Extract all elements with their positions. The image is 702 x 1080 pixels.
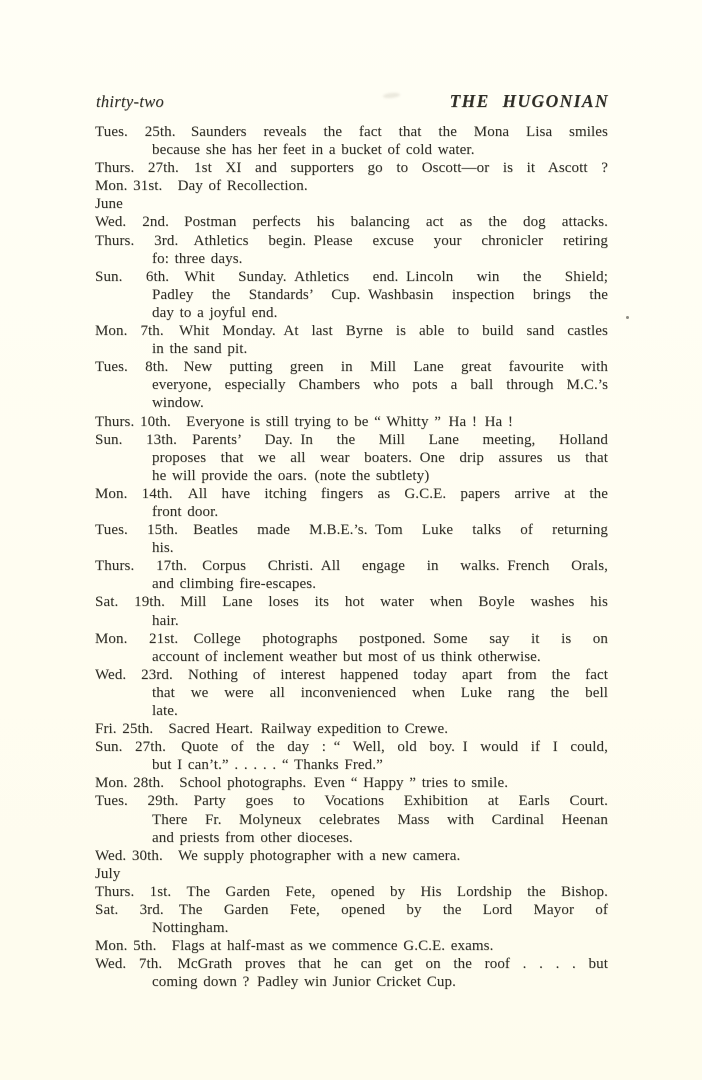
diary-entry: Thurs. 3rd. Athletics begin. Please excu…	[95, 232, 608, 268]
diary-line: Mon. 28th. School photographs. Even “ Ha…	[95, 774, 608, 792]
diary-line: fo: three days.	[95, 250, 608, 268]
diary-line: Tues. 15th. Beatles made M.B.E.’s. Tom L…	[95, 521, 608, 539]
diary-line: Wed. 2nd. Postman perfects his balancing…	[95, 213, 608, 231]
diary-entry: Mon. 21st. College photographs postponed…	[95, 630, 608, 666]
diary-entry: Thurs. 27th. 1st XI and supporters go to…	[95, 159, 608, 177]
diary-line: late.	[95, 702, 608, 720]
diary-line: Wed. 7th. McGrath proves that he can get…	[95, 955, 608, 973]
diary-line: There Fr. Molyneux celebrates Mass with …	[95, 811, 608, 829]
diary-line: June	[95, 195, 608, 213]
diary-entry: Sat. 3rd. The Garden Fete, opened by the…	[95, 901, 608, 937]
diary-line: he will provide the oars. (note the subt…	[95, 467, 608, 485]
diary-line: Sun. 6th. Whit Sunday. Athletics end. Li…	[95, 268, 608, 286]
diary-entry: Fri. 25th. Sacred Heart. Railway expedit…	[95, 720, 608, 738]
diary-entry: Mon. 7th. Whit Monday. At last Byrne is …	[95, 322, 608, 358]
diary-line: July	[95, 865, 608, 883]
diary-line: Wed. 23rd. Nothing of interest happened …	[95, 666, 608, 684]
diary-line: Tues. 8th. New putting green in Mill Lan…	[95, 358, 608, 376]
diary-entry: Mon. 14th. All have itching fingers as G…	[95, 485, 608, 521]
diary-line: Tues. 29th. Party goes to Vocations Exhi…	[95, 792, 608, 810]
diary-entry: Wed. 2nd. Postman perfects his balancing…	[95, 213, 608, 231]
diary-line: Thurs. 1st. The Garden Fete, opened by H…	[95, 883, 608, 901]
month-heading: July	[95, 865, 608, 883]
diary-line: Thurs. 27th. 1st XI and supporters go to…	[95, 159, 608, 177]
diary-line: Sat. 19th. Mill Lane loses its hot water…	[95, 593, 608, 611]
diary-line: coming down ? Padley win Junior Cricket …	[95, 973, 608, 991]
diary-entry: Mon. 28th. School photographs. Even “ Ha…	[95, 774, 608, 792]
diary-entry: Tues. 25th. Saunders reveals the fact th…	[95, 123, 608, 159]
diary-line: that we were all inconvenienced when Luk…	[95, 684, 608, 702]
diary-line: Sun. 27th. Quote of the day : “ Well, ol…	[95, 738, 608, 756]
magazine-page: thirty-two THE HUGONIAN Tues. 25th. Saun…	[0, 0, 702, 1080]
diary-line: Thurs. 10th. Everyone is still trying to…	[95, 413, 608, 431]
diary-line: Sat. 3rd. The Garden Fete, opened by the…	[95, 901, 608, 919]
diary-entry: Sun. 6th. Whit Sunday. Athletics end. Li…	[95, 268, 608, 322]
diary-line: Thurs. 17th. Corpus Christi. All engage …	[95, 557, 608, 575]
diary-line: front door.	[95, 503, 608, 521]
diary-line: in the sand pit.	[95, 340, 608, 358]
diary-line: Mon. 21st. College photographs postponed…	[95, 630, 608, 648]
diary-entry: Wed. 23rd. Nothing of interest happened …	[95, 666, 608, 720]
diary-line: hair.	[95, 612, 608, 630]
diary-line: but I can’t.” . . . . . “ Thanks Fred.”	[95, 756, 608, 774]
diary-entry: Mon. 31st. Day of Recollection.	[95, 177, 608, 195]
diary-line: and climbing fire-escapes.	[95, 575, 608, 593]
diary-entry: Thurs. 10th. Everyone is still trying to…	[95, 413, 608, 431]
diary-entry: Thurs. 17th. Corpus Christi. All engage …	[95, 557, 608, 593]
diary-entry: Tues. 8th. New putting green in Mill Lan…	[95, 358, 608, 412]
diary-entry: Sat. 19th. Mill Lane loses its hot water…	[95, 593, 608, 629]
diary-line: proposes that we all wear boaters. One d…	[95, 449, 608, 467]
diary-entry: Mon. 5th. Flags at half-mast as we comme…	[95, 937, 608, 955]
diary-line: Sun. 13th. Parents’ Day. In the Mill Lan…	[95, 431, 608, 449]
diary-line: Mon. 5th. Flags at half-mast as we comme…	[95, 937, 608, 955]
diary-line: Mon. 31st. Day of Recollection.	[95, 177, 608, 195]
diary-line: Nottingham.	[95, 919, 608, 937]
diary-line: Wed. 30th. We supply photographer with a…	[95, 847, 608, 865]
page-header: thirty-two THE HUGONIAN	[96, 91, 609, 112]
diary-entry: Tues. 29th. Party goes to Vocations Exhi…	[95, 792, 608, 846]
diary-line: and priests from other dioceses.	[95, 829, 608, 847]
diary-line: Mon. 14th. All have itching fingers as G…	[95, 485, 608, 503]
month-heading: June	[95, 195, 608, 213]
page-number-folio: thirty-two	[96, 92, 164, 112]
diary-line: Thurs. 3rd. Athletics begin. Please excu…	[95, 232, 608, 250]
diary-entry: Thurs. 1st. The Garden Fete, opened by H…	[95, 883, 608, 901]
diary-line: his.	[95, 539, 608, 557]
diary-line: day to a joyful end.	[95, 304, 608, 322]
diary-entry: Tues. 15th. Beatles made M.B.E.’s. Tom L…	[95, 521, 608, 557]
diary-entry: Wed. 30th. We supply photographer with a…	[95, 847, 608, 865]
diary-entry: Sun. 13th. Parents’ Day. In the Mill Lan…	[95, 431, 608, 485]
diary-line: window.	[95, 394, 608, 412]
print-speck	[626, 316, 629, 319]
diary-entries: Tues. 25th. Saunders reveals the fact th…	[95, 123, 608, 992]
diary-line: Mon. 7th. Whit Monday. At last Byrne is …	[95, 322, 608, 340]
diary-line: Fri. 25th. Sacred Heart. Railway expedit…	[95, 720, 608, 738]
diary-line: Padley the Standards’ Cup. Washbasin ins…	[95, 286, 608, 304]
diary-line: everyone, especially Chambers who pots a…	[95, 376, 608, 394]
diary-entry: Wed. 7th. McGrath proves that he can get…	[95, 955, 608, 991]
diary-entry: Sun. 27th. Quote of the day : “ Well, ol…	[95, 738, 608, 774]
diary-line: because she has her feet in a bucket of …	[95, 141, 608, 159]
journal-title: THE HUGONIAN	[450, 91, 609, 112]
diary-line: Tues. 25th. Saunders reveals the fact th…	[95, 123, 608, 141]
diary-line: account of inclement weather but most of…	[95, 648, 608, 666]
